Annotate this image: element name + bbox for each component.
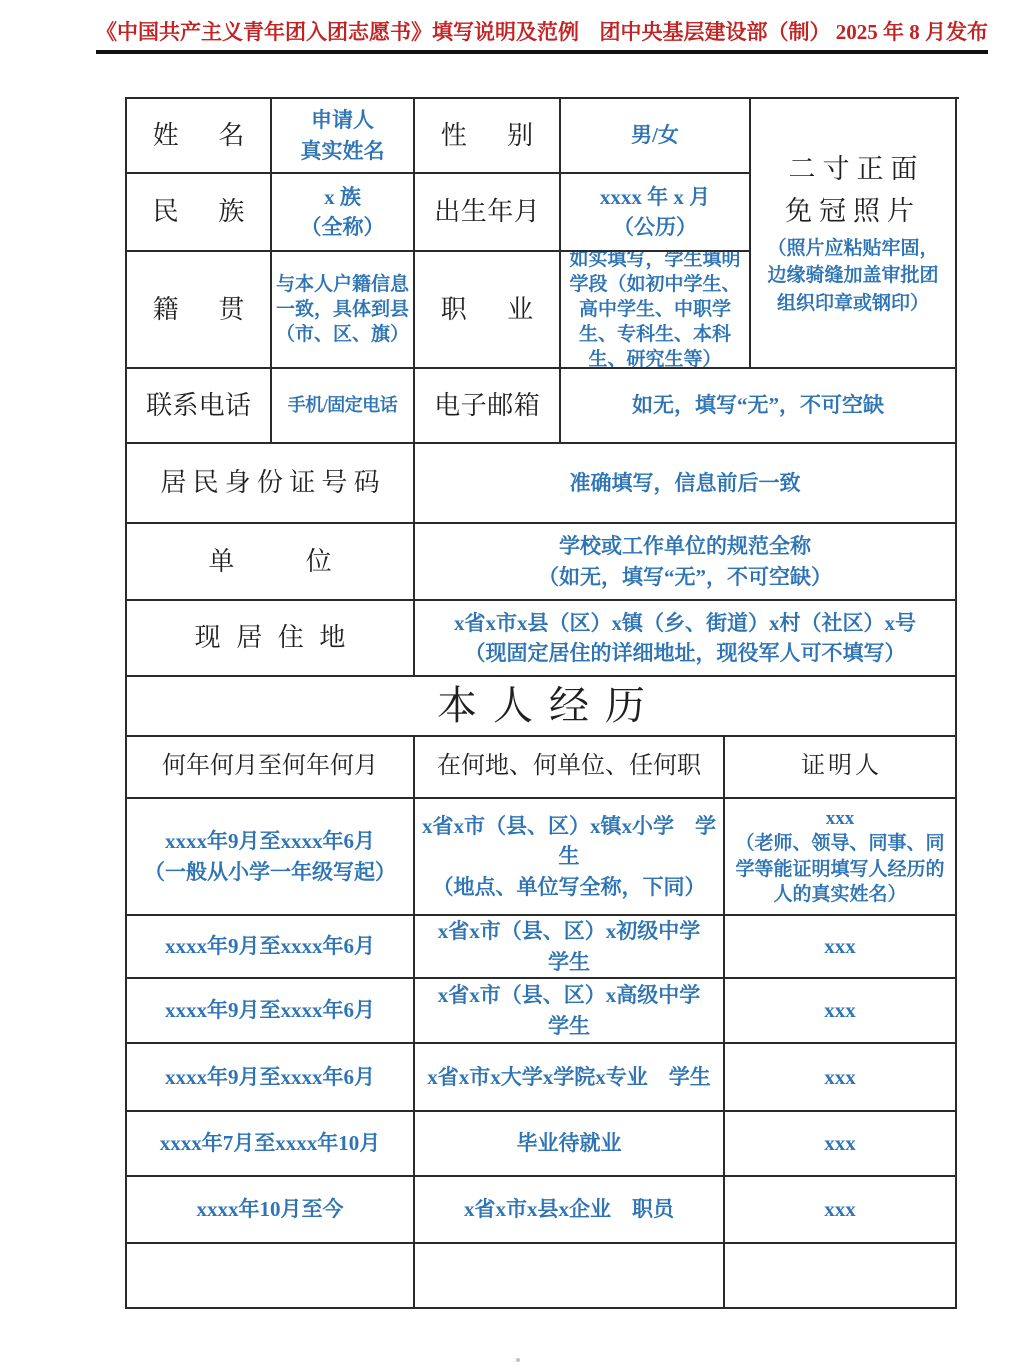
experience-header-witness: 证明人 bbox=[725, 737, 957, 799]
page-footer-dot bbox=[516, 1358, 520, 1362]
unit-value-cell: 学校或工作单位的规范全称 （如无，填写“无”，不可空缺） bbox=[415, 524, 957, 601]
native-place-label-cell: 籍贯 bbox=[127, 252, 272, 369]
ethnicity-label: 民族 bbox=[153, 195, 245, 229]
application-form-table: 姓名 申请人 真实姓名 性别 男/女 二寸正面 免冠照片 （照片应粘贴牢固，边缘… bbox=[125, 97, 959, 1309]
email-label: 电子邮箱 bbox=[434, 389, 540, 423]
experience-row-witness: xxx bbox=[725, 979, 957, 1044]
experience-row-period: xxxx年9月至xxxx年6月 bbox=[127, 979, 415, 1044]
photo-note: （照片应粘贴牢固，边缘骑缝加盖审批团组织印章或钢印） bbox=[757, 235, 949, 318]
experience-row-period: xxxx年10月至今 bbox=[127, 1177, 415, 1244]
document-issuer: 团中央基层建设部（制） 2025 年 8 月发布 bbox=[600, 16, 989, 46]
email-label-cell: 电子邮箱 bbox=[415, 369, 561, 444]
occupation-label: 职业 bbox=[441, 293, 533, 327]
experience-header-period: 何年何月至何年何月 bbox=[127, 737, 415, 799]
birth-label: 出生年月 bbox=[434, 195, 540, 229]
experience-row-witness-empty bbox=[725, 1244, 957, 1309]
phone-label-cell: 联系电话 bbox=[127, 369, 272, 444]
experience-row-witness: xxx bbox=[725, 1112, 957, 1177]
id-number-value-cell: 准确填写，信息前后一致 bbox=[415, 444, 957, 524]
document-title: 《中国共产主义青年团入团志愿书》填写说明及范例 bbox=[96, 16, 579, 46]
experience-row-period: xxxx年9月至xxxx年6月 bbox=[127, 1044, 415, 1112]
native-place-label: 籍贯 bbox=[153, 293, 245, 327]
experience-row-place: x省x市x县x企业 职员 bbox=[415, 1177, 725, 1244]
experience-row-witness: xxx bbox=[725, 1177, 957, 1244]
id-number-label: 居民身份证号码 bbox=[160, 466, 379, 500]
experience-row-place: x省x市（县、区）x高级中学 学生 bbox=[415, 979, 725, 1044]
experience-row-place: x省x市（县、区）x镇x小学 学生 （地点、单位写全称，下同） bbox=[415, 799, 725, 916]
sex-label: 性别 bbox=[441, 119, 533, 153]
native-place-value-cell: 与本人户籍信息一致，具体到县（市、区、旗） bbox=[272, 252, 415, 369]
experience-row-place-empty bbox=[415, 1244, 725, 1309]
experience-row-period: xxxx年9月至xxxx年6月 bbox=[127, 916, 415, 979]
photo-placeholder-cell: 二寸正面 免冠照片 （照片应粘贴牢固，边缘骑缝加盖审批团组织印章或钢印） bbox=[751, 99, 957, 369]
experience-row-period-empty bbox=[127, 1244, 415, 1309]
header-divider-rule bbox=[96, 50, 988, 54]
experience-row-period: xxxx年9月至xxxx年6月 （一般从小学一年级写起） bbox=[127, 799, 415, 916]
name-value-cell: 申请人 真实姓名 bbox=[272, 99, 415, 174]
photo-title: 二寸正面 免冠照片 bbox=[782, 149, 925, 233]
residence-label-cell: 现居住地 bbox=[127, 601, 415, 677]
occupation-label-cell: 职业 bbox=[415, 252, 561, 369]
phone-label: 联系电话 bbox=[146, 389, 251, 423]
residence-label: 现居住地 bbox=[195, 621, 346, 655]
unit-label: 单位 bbox=[208, 545, 331, 579]
experience-header-place-unit-post: 在何地、何单位、任何职 bbox=[415, 737, 725, 799]
ethnicity-value-cell: x 族 （全称） bbox=[272, 174, 415, 252]
name-label-cell: 姓名 bbox=[127, 99, 272, 174]
experience-row-witness: xxx （老师、领导、同事、同学等能证明填写人经历的人的真实姓名） bbox=[725, 799, 957, 916]
experience-section-title: 本人经历 bbox=[127, 677, 957, 737]
unit-label-cell: 单位 bbox=[127, 524, 415, 601]
email-value-cell: 如无，填写“无”，不可空缺 bbox=[561, 369, 957, 444]
document-header: 《中国共产主义青年团入团志愿书》填写说明及范例 团中央基层建设部（制） 2025… bbox=[96, 16, 988, 46]
experience-row-place: x省x市x大学x学院x专业 学生 bbox=[415, 1044, 725, 1112]
experience-row-witness: xxx bbox=[725, 916, 957, 979]
sex-value-cell: 男/女 bbox=[561, 99, 751, 174]
sex-label-cell: 性别 bbox=[415, 99, 561, 174]
experience-row-place: x省x市（县、区）x初级中学 学生 bbox=[415, 916, 725, 979]
experience-row-place: 毕业待就业 bbox=[415, 1112, 725, 1177]
id-number-label-cell: 居民身份证号码 bbox=[127, 444, 415, 524]
occupation-value-cell: 如实填写，学生填明学段（如初中学生、高中学生、中职学生、专科生、本科生、研究生等… bbox=[561, 252, 751, 369]
birth-value-cell: xxxx 年 x 月 （公历） bbox=[561, 174, 751, 252]
ethnicity-label-cell: 民族 bbox=[127, 174, 272, 252]
experience-row-period: xxxx年7月至xxxx年10月 bbox=[127, 1112, 415, 1177]
name-label: 姓名 bbox=[153, 119, 245, 153]
birth-label-cell: 出生年月 bbox=[415, 174, 561, 252]
document-page: { "header": { "title": "《中国共产主义青年团入团志愿书》… bbox=[0, 0, 1025, 1368]
residence-value-cell: x省x市x县（区）x镇（乡、街道）x村（社区）x号 （现固定居住的详细地址，现役… bbox=[415, 601, 957, 677]
experience-row-witness: xxx bbox=[725, 1044, 957, 1112]
phone-value-cell: 手机/固定电话 bbox=[272, 369, 415, 444]
